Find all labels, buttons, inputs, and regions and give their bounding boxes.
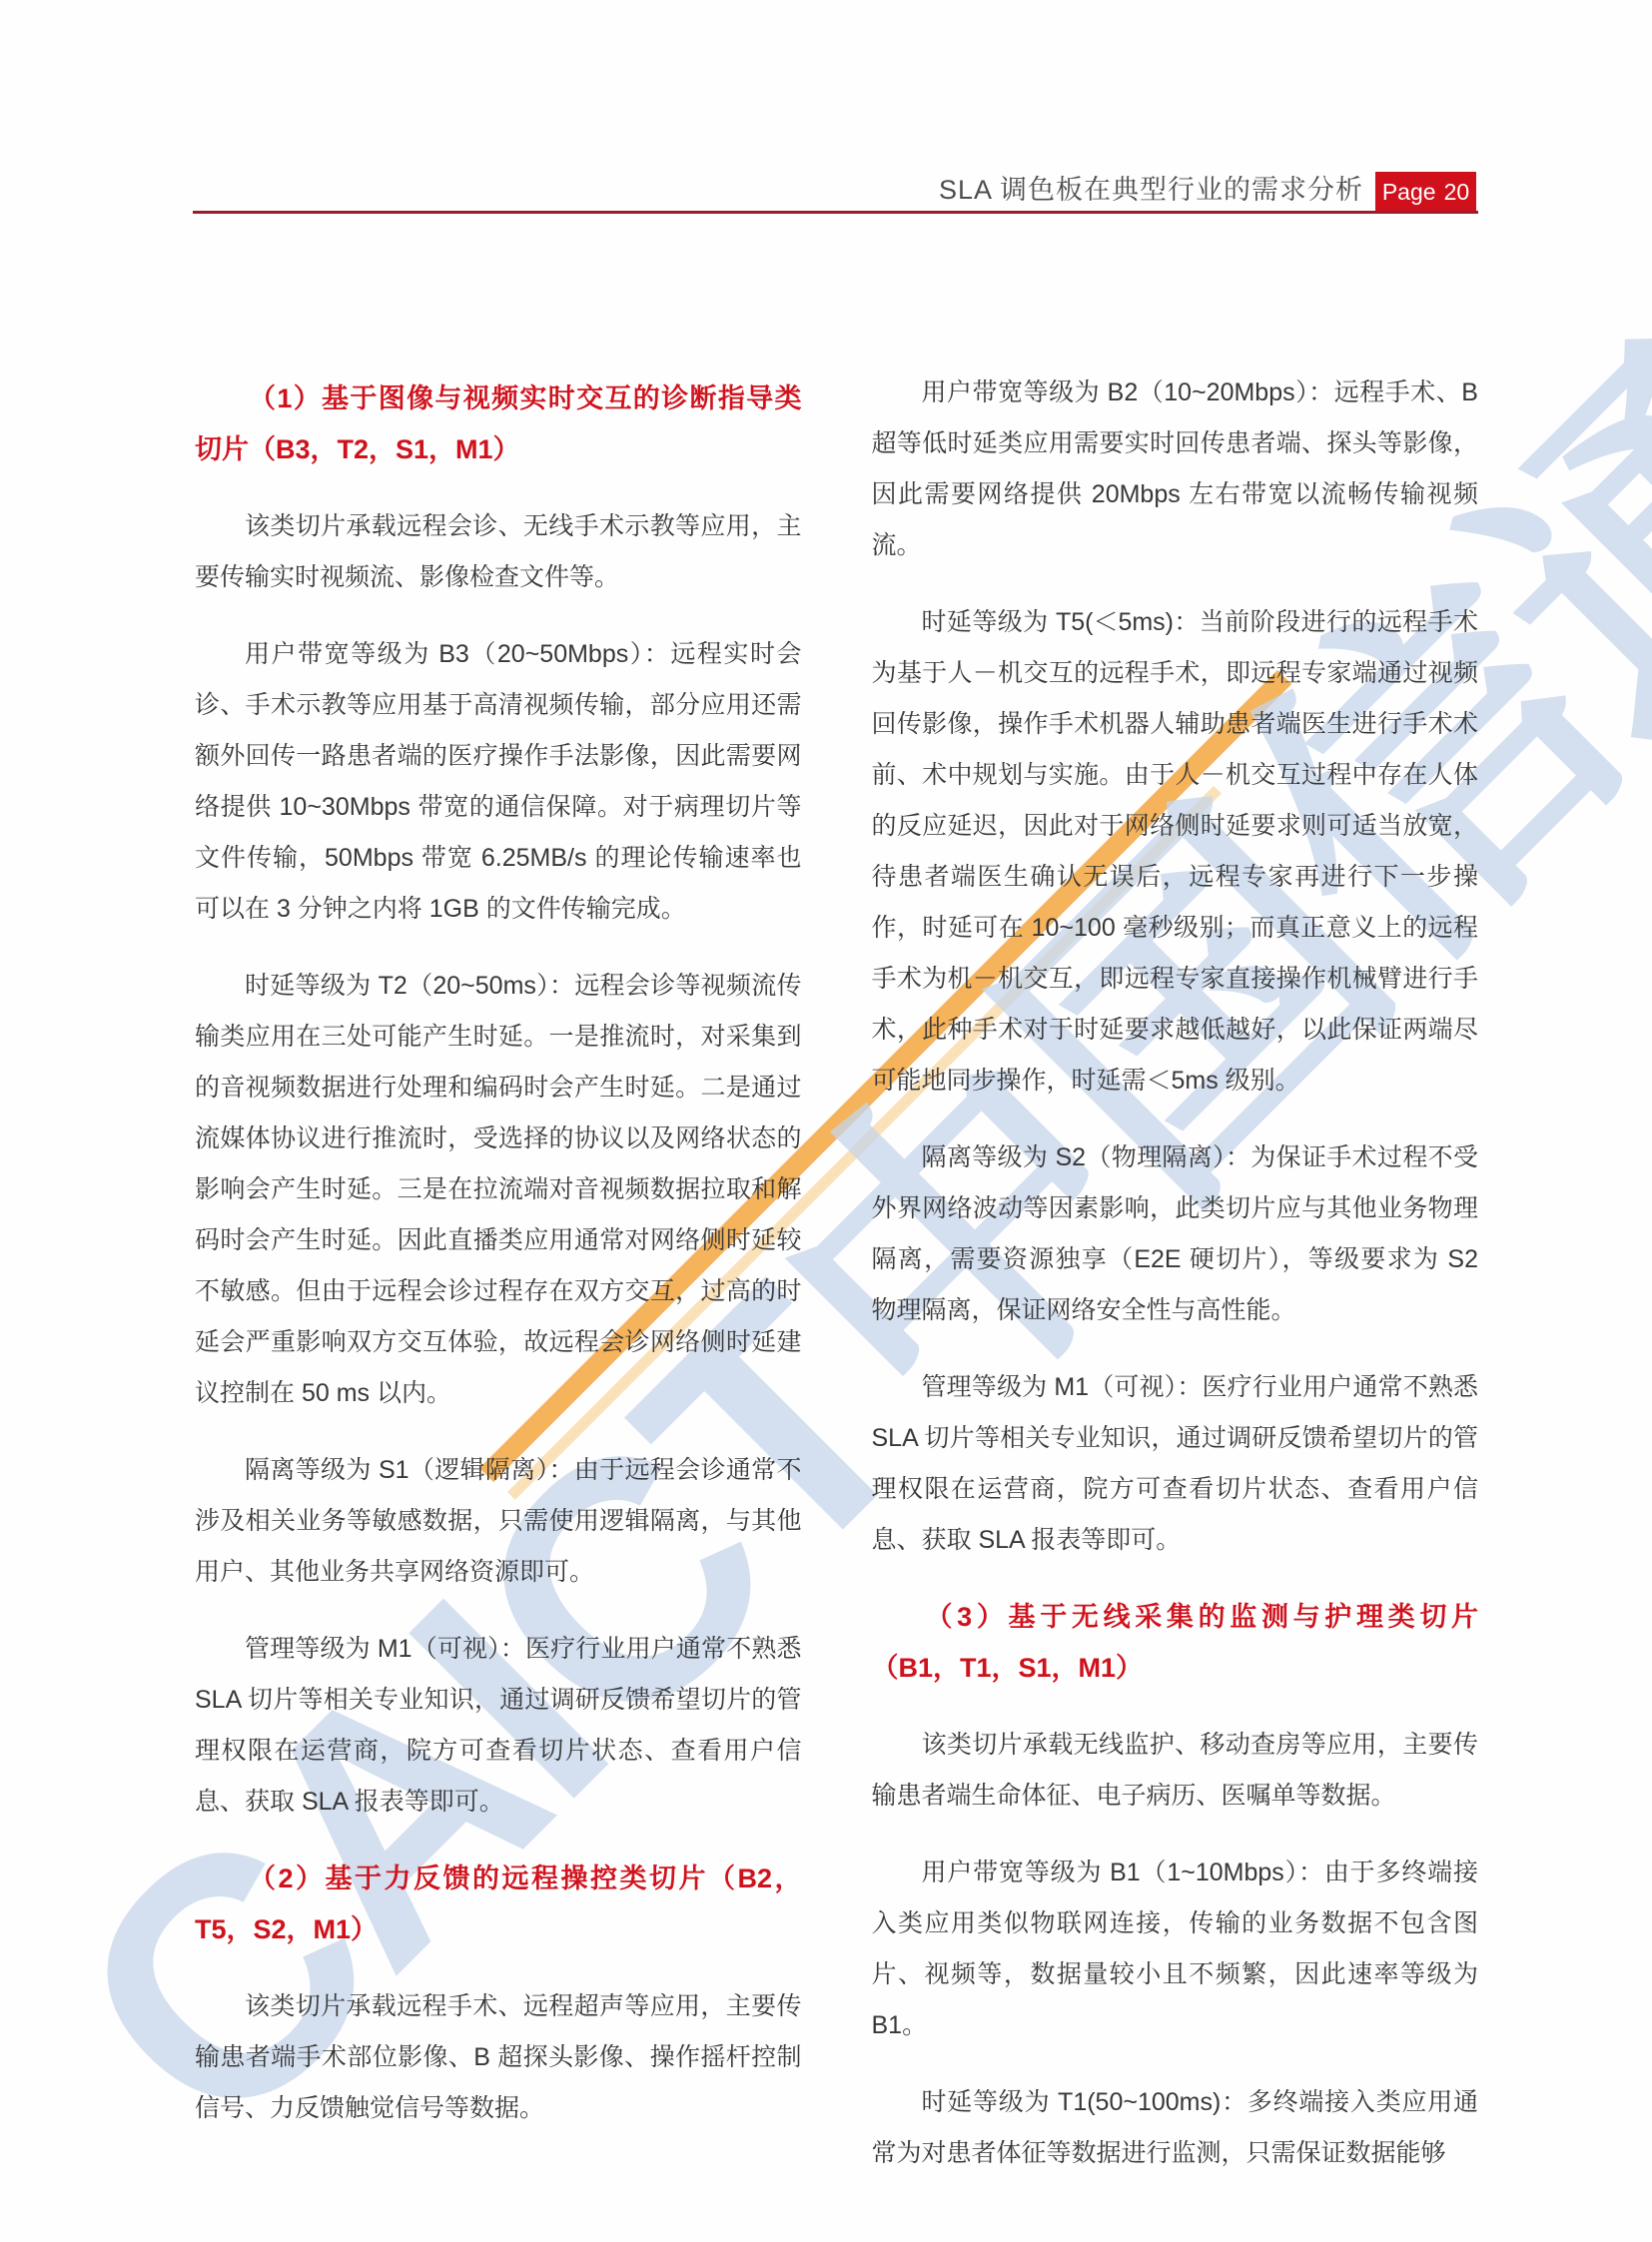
page-badge-label: Page	[1382, 179, 1436, 206]
section-heading-left-6: （2）基于力反馈的远程操控类切片（B2，T5，S2，M1）	[195, 1854, 802, 1955]
body-paragraph-right-5: 该类切片承载无线监护、移动查房等应用，主要传输患者端生命体征、电子病历、医嘱单等…	[872, 1720, 1479, 1822]
body-paragraph-left-4: 隔离等级为 S1（逻辑隔离）：由于远程会诊通常不涉及相关业务等敏感数据，只需使用…	[195, 1445, 802, 1598]
left-column: （1）基于图像与视频实时交互的诊断指导类切片（B3，T2，S1，M1）该类切片承…	[195, 368, 802, 2205]
header-rule	[193, 211, 1478, 214]
section-heading-left-0: （1）基于图像与视频实时交互的诊断指导类切片（B3，T2，S1，M1）	[195, 374, 802, 475]
body-paragraph-left-1: 该类切片承载远程会诊、无线手术示教等应用，主要传输实时视频流、影像检查文件等。	[195, 501, 802, 603]
body-columns: （1）基于图像与视频实时交互的诊断指导类切片（B3，T2，S1，M1）该类切片承…	[195, 368, 1478, 2205]
body-paragraph-left-7: 该类切片承载远程手术、远程超声等应用，主要传输患者端手术部位影像、B 超探头影像…	[195, 1981, 802, 2134]
body-paragraph-right-2: 隔离等级为 S2（物理隔离）：为保证手术过程不受外界网络波动等因素影响，此类切片…	[872, 1132, 1479, 1336]
document-page: CAICT中国信通院 SLA 调色板在典型行业的需求分析 Page 20 （1）…	[0, 0, 1652, 2242]
body-paragraph-left-3: 时延等级为 T2（20~50ms）：远程会诊等视频流传输类应用在三处可能产生时延…	[195, 961, 802, 1419]
body-paragraph-right-7: 时延等级为 T1(50~100ms)：多终端接入类应用通常为对患者体征等数据进行…	[872, 2077, 1479, 2179]
body-paragraph-left-2: 用户带宽等级为 B3（20~50Mbps）：远程实时会诊、手术示教等应用基于高清…	[195, 629, 802, 935]
right-column: 用户带宽等级为 B2（10~20Mbps）：远程手术、B 超等低时延类应用需要实…	[872, 368, 1479, 2205]
body-paragraph-right-3: 管理等级为 M1（可视）：医疗行业用户通常不熟悉 SLA 切片等相关专业知识，通…	[872, 1362, 1479, 1566]
page-badge-number: 20	[1444, 179, 1470, 206]
body-paragraph-right-1: 时延等级为 T5(＜5ms)：当前阶段进行的远程手术为基于人－机交互的远程手术，…	[872, 597, 1479, 1107]
page-number-badge: Page 20	[1375, 172, 1476, 213]
body-paragraph-left-5: 管理等级为 M1（可视）：医疗行业用户通常不熟悉 SLA 切片等相关专业知识，通…	[195, 1624, 802, 1828]
body-paragraph-right-6: 用户带宽等级为 B1（1~10Mbps）：由于多终端接入类应用类似物联网连接，传…	[872, 1848, 1479, 2051]
body-paragraph-right-0: 用户带宽等级为 B2（10~20Mbps）：远程手术、B 超等低时延类应用需要实…	[872, 368, 1479, 571]
section-heading-right-4: （3）基于无线采集的监测与护理类切片（B1，T1，S1，M1）	[872, 1592, 1479, 1694]
header-title: SLA 调色板在典型行业的需求分析	[939, 168, 1363, 207]
